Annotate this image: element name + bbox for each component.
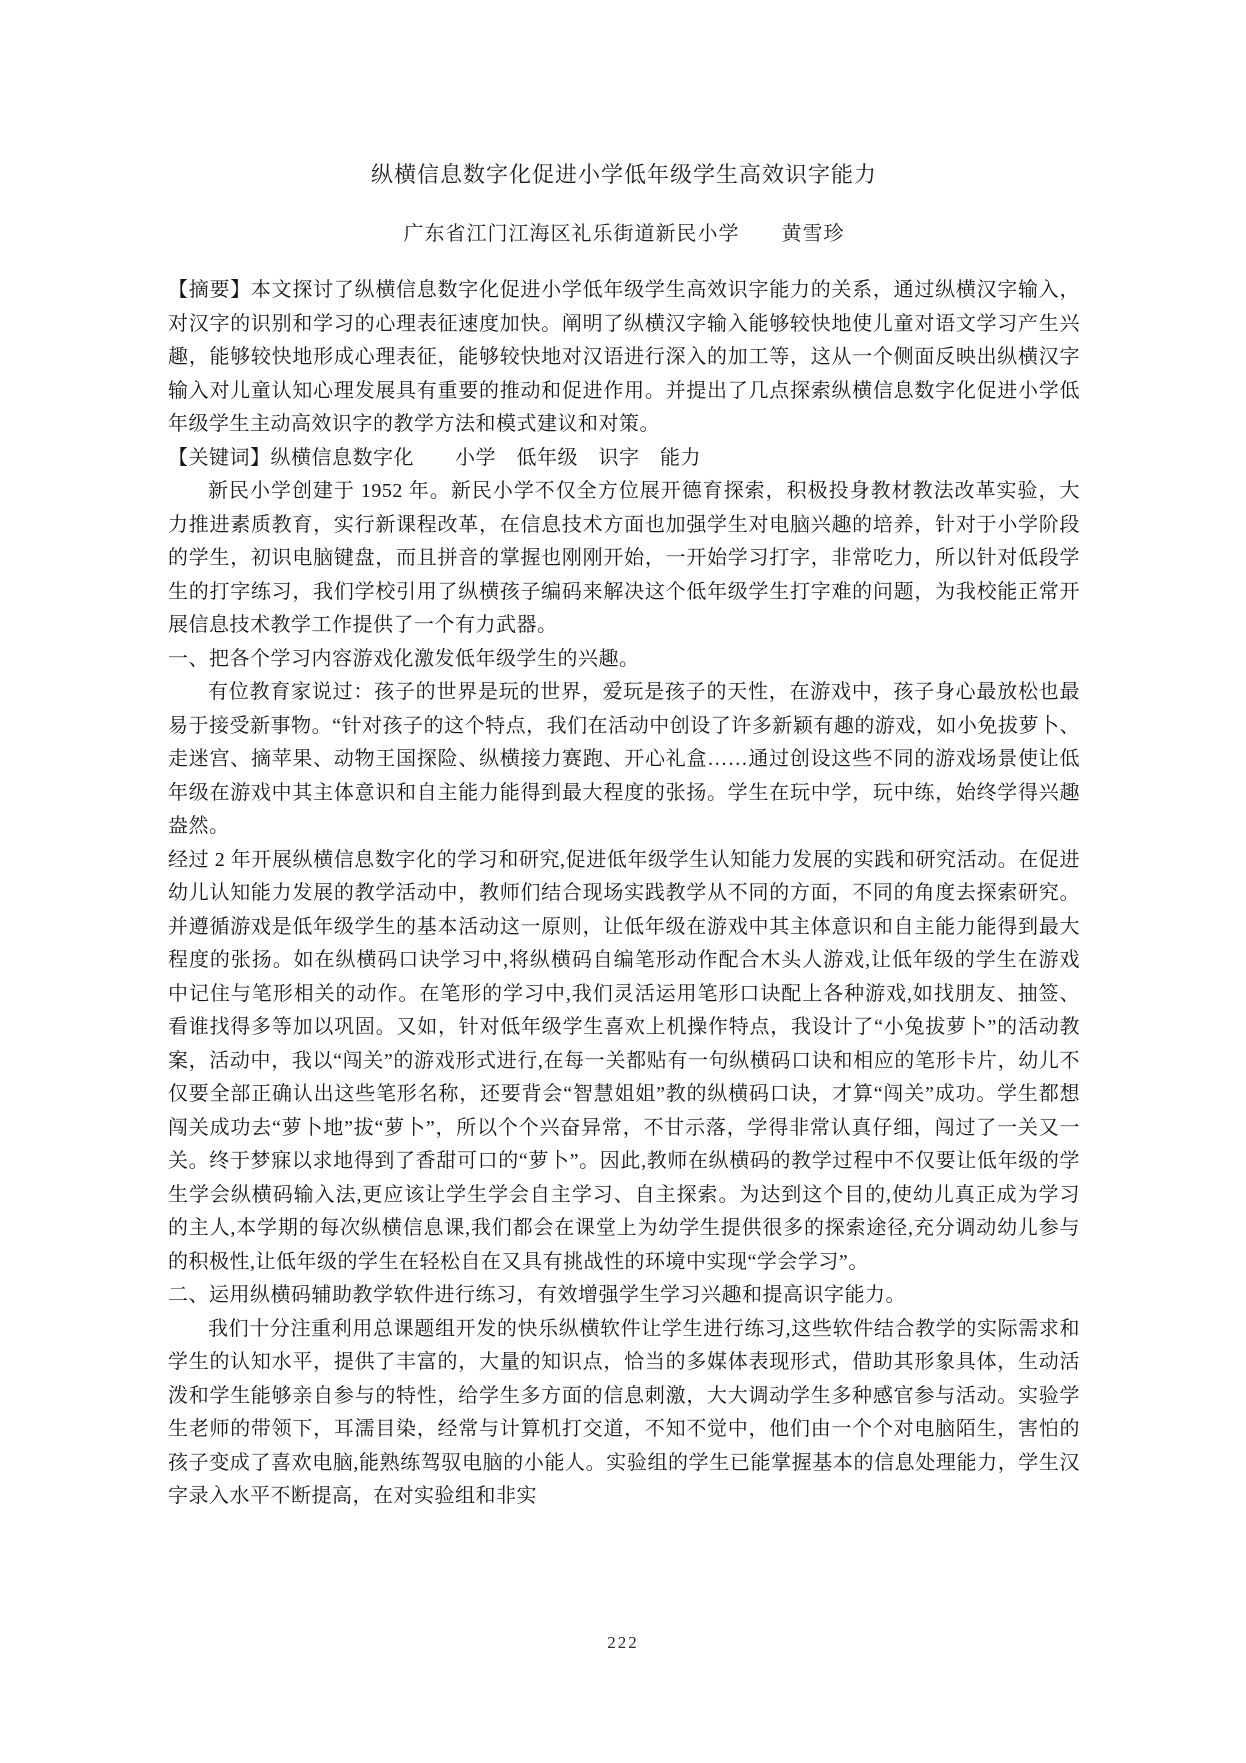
paragraph-software: 我们十分注重利用总课题组开发的快乐纵横软件让学生进行练习,这些软件结合教学的实际…	[168, 1313, 1080, 1514]
page-title: 纵横信息数字化促进小学低年级学生高效识字能力	[168, 0, 1080, 190]
page-content: 纵横信息数字化促进小学低年级学生高效识字能力 广东省江门江海区礼乐街道新民小学 …	[168, 0, 1080, 1514]
paragraph-games: 有位教育家说过：孩子的世界是玩的世界，爱玩是孩子的天性，在游戏中，孩子身心最放松…	[168, 676, 1080, 844]
section-heading-2: 二、运用纵横码辅助教学软件进行练习，有效增强学生学习兴趣和提高识字能力。	[168, 1279, 1080, 1313]
abstract-paragraph: 【摘要】本文探讨了纵横信息数字化促进小学低年级学生高效识字能力的关系，通过纵横汉…	[168, 274, 1080, 442]
paragraph-research: 经过 2 年开展纵横信息数字化的学习和研究,促进低年级学生认知能力发展的实践和研…	[168, 844, 1080, 1280]
document-page: 纵横信息数字化促进小学低年级学生高效识字能力 广东省江门江海区礼乐街道新民小学 …	[0, 0, 1246, 1763]
page-number: 222	[0, 1633, 1246, 1653]
body-text: 【摘要】本文探讨了纵横信息数字化促进小学低年级学生高效识字能力的关系，通过纵横汉…	[168, 274, 1080, 1514]
author-line: 广东省江门江海区礼乐街道新民小学 黄雪珍	[168, 220, 1080, 248]
section-heading-1: 一、把各个学习内容游戏化激发低年级学生的兴趣。	[168, 643, 1080, 677]
keywords-line: 【关键词】纵横信息数字化 小学 低年级 识字 能力	[168, 442, 1080, 476]
intro-paragraph: 新民小学创建于 1952 年。新民小学不仅全方位展开德育探索，积极投身教材教法改…	[168, 475, 1080, 643]
